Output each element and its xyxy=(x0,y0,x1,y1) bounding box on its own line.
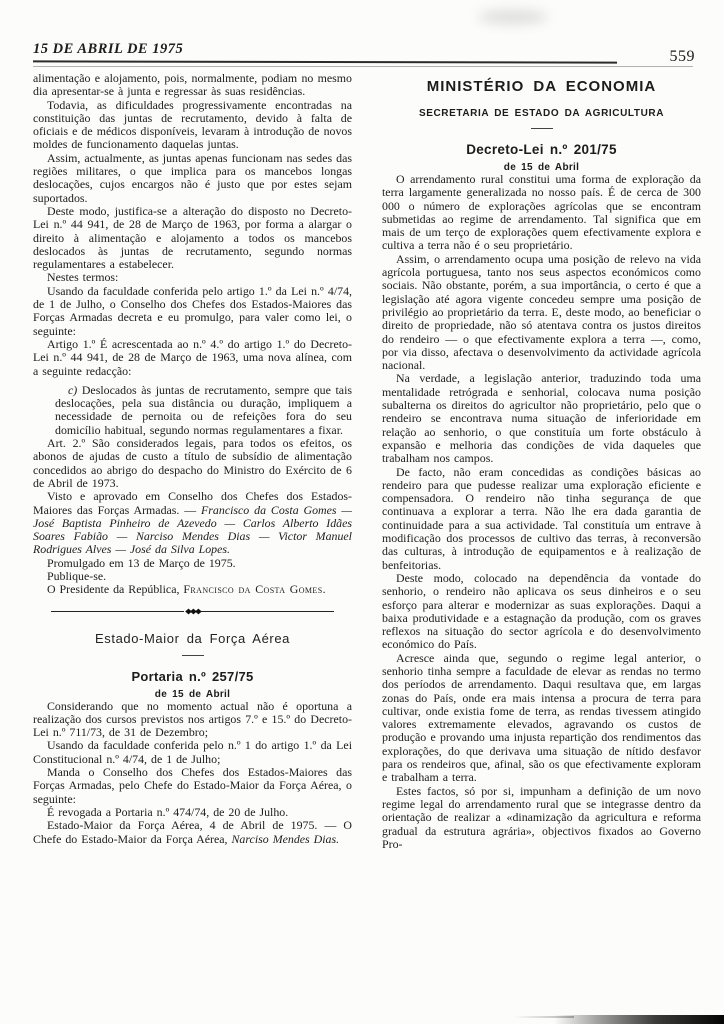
body-paragraph: Usando da faculdade conferida pelo artig… xyxy=(33,285,352,338)
header-rule-thin xyxy=(33,66,693,67)
gazette-page: 15 DE ABRIL DE 1975 559 alimentação e al… xyxy=(0,0,724,1024)
decree-title: Decreto-Lei n.º 201/75 xyxy=(382,142,701,157)
body-paragraph: De facto, não eram concedidas as condiçõ… xyxy=(382,466,701,572)
body-paragraph: Na verdade, a legislação anterior, tradu… xyxy=(382,372,701,465)
header-rule xyxy=(33,60,617,63)
body-paragraph: Deste modo, justifica-se a alteração do … xyxy=(33,205,352,271)
page-header: 15 DE ABRIL DE 1975 559 xyxy=(33,40,693,74)
body-paragraph: Nestes termos: xyxy=(33,271,352,284)
clause-block: c) Deslocados às juntas de recrutamento,… xyxy=(55,384,352,437)
scan-smudge xyxy=(478,10,548,24)
page-number: 559 xyxy=(670,48,696,66)
body-paragraph: Manda o Conselho dos Chefes dos Estados-… xyxy=(33,766,352,806)
approval-paragraph: Visto e aprovado em Conselho dos Chefes … xyxy=(33,490,352,556)
body-paragraph: Acresce ainda que, segundo o regime lega… xyxy=(382,652,701,785)
right-column: MINISTÉRIO DA ECONOMIA SECRETARIA DE EST… xyxy=(382,72,701,851)
revocation-line: É revogada a Portaria n.º 474/74, de 20 … xyxy=(33,806,352,819)
secretariat-title: SECRETARIA DE ESTADO DA AGRICULTURA xyxy=(382,108,701,119)
body-paragraph: Artigo 1.º É acrescentada ao n.º 4.º do … xyxy=(33,338,352,378)
president-prefix: O Presidente da República, xyxy=(47,582,183,596)
body-paragraph: Todavia, as dificuldades progressivament… xyxy=(33,99,352,152)
body-paragraph: Assim, o arrendamento ocupa uma posição … xyxy=(382,253,701,373)
clause-marker: c) xyxy=(68,383,77,397)
publique-line: Publique-se. xyxy=(33,570,352,583)
page-columns: alimentação e alojamento, pois, normalme… xyxy=(33,72,701,851)
diamond-dots-icon: ◆◆◆ xyxy=(184,608,201,616)
body-paragraph: Estes factos, só por si, impunham a defi… xyxy=(382,785,701,851)
body-paragraph: alimentação e alojamento, pois, normalme… xyxy=(33,72,352,99)
divider-line-icon xyxy=(51,611,184,612)
page-header-date: 15 DE ABRIL DE 1975 xyxy=(33,41,183,57)
clause-text: Deslocados às juntas de recrutamento, se… xyxy=(55,383,352,437)
president-suffix: . xyxy=(323,582,326,596)
promulgation-line: Promulgado em 13 de Março de 1975. xyxy=(33,557,352,570)
air-force-section-title: Estado-Maior da Força Aérea xyxy=(33,631,352,646)
left-column: alimentação e alojamento, pois, normalme… xyxy=(33,72,352,851)
section-divider-ornament: ◆◆◆ xyxy=(51,607,334,617)
portaria-title: Portaria n.º 257/75 xyxy=(33,669,352,684)
body-paragraph: Usando da faculdade conferida pelo n.º 1… xyxy=(33,739,352,766)
president-line: O Presidente da República, Francisco da … xyxy=(33,583,352,596)
president-name: Francisco da Costa Gomes xyxy=(183,582,322,596)
body-paragraph: O arrendamento rural constitui uma forma… xyxy=(382,173,701,253)
scan-artifact-bar xyxy=(554,1015,724,1024)
divider-line-icon xyxy=(201,611,334,612)
ministry-title: MINISTÉRIO DA ECONOMIA xyxy=(382,78,701,95)
body-paragraph: Deste modo, colocado na dependência da v… xyxy=(382,572,701,652)
closing-signature: Narciso Mendes Dias. xyxy=(232,832,340,846)
heading-rule xyxy=(531,128,553,129)
body-paragraph: Assim, actualmente, as juntas apenas fun… xyxy=(33,152,352,205)
closing-line: Estado-Maior da Força Aérea, 4 de Abril … xyxy=(33,819,352,846)
body-paragraph: Considerando que no momento actual não é… xyxy=(33,700,352,740)
body-paragraph: Art. 2.º São considerados legais, para t… xyxy=(33,437,352,490)
portaria-date: de 15 de Abril xyxy=(33,689,352,700)
heading-rule xyxy=(182,655,204,656)
